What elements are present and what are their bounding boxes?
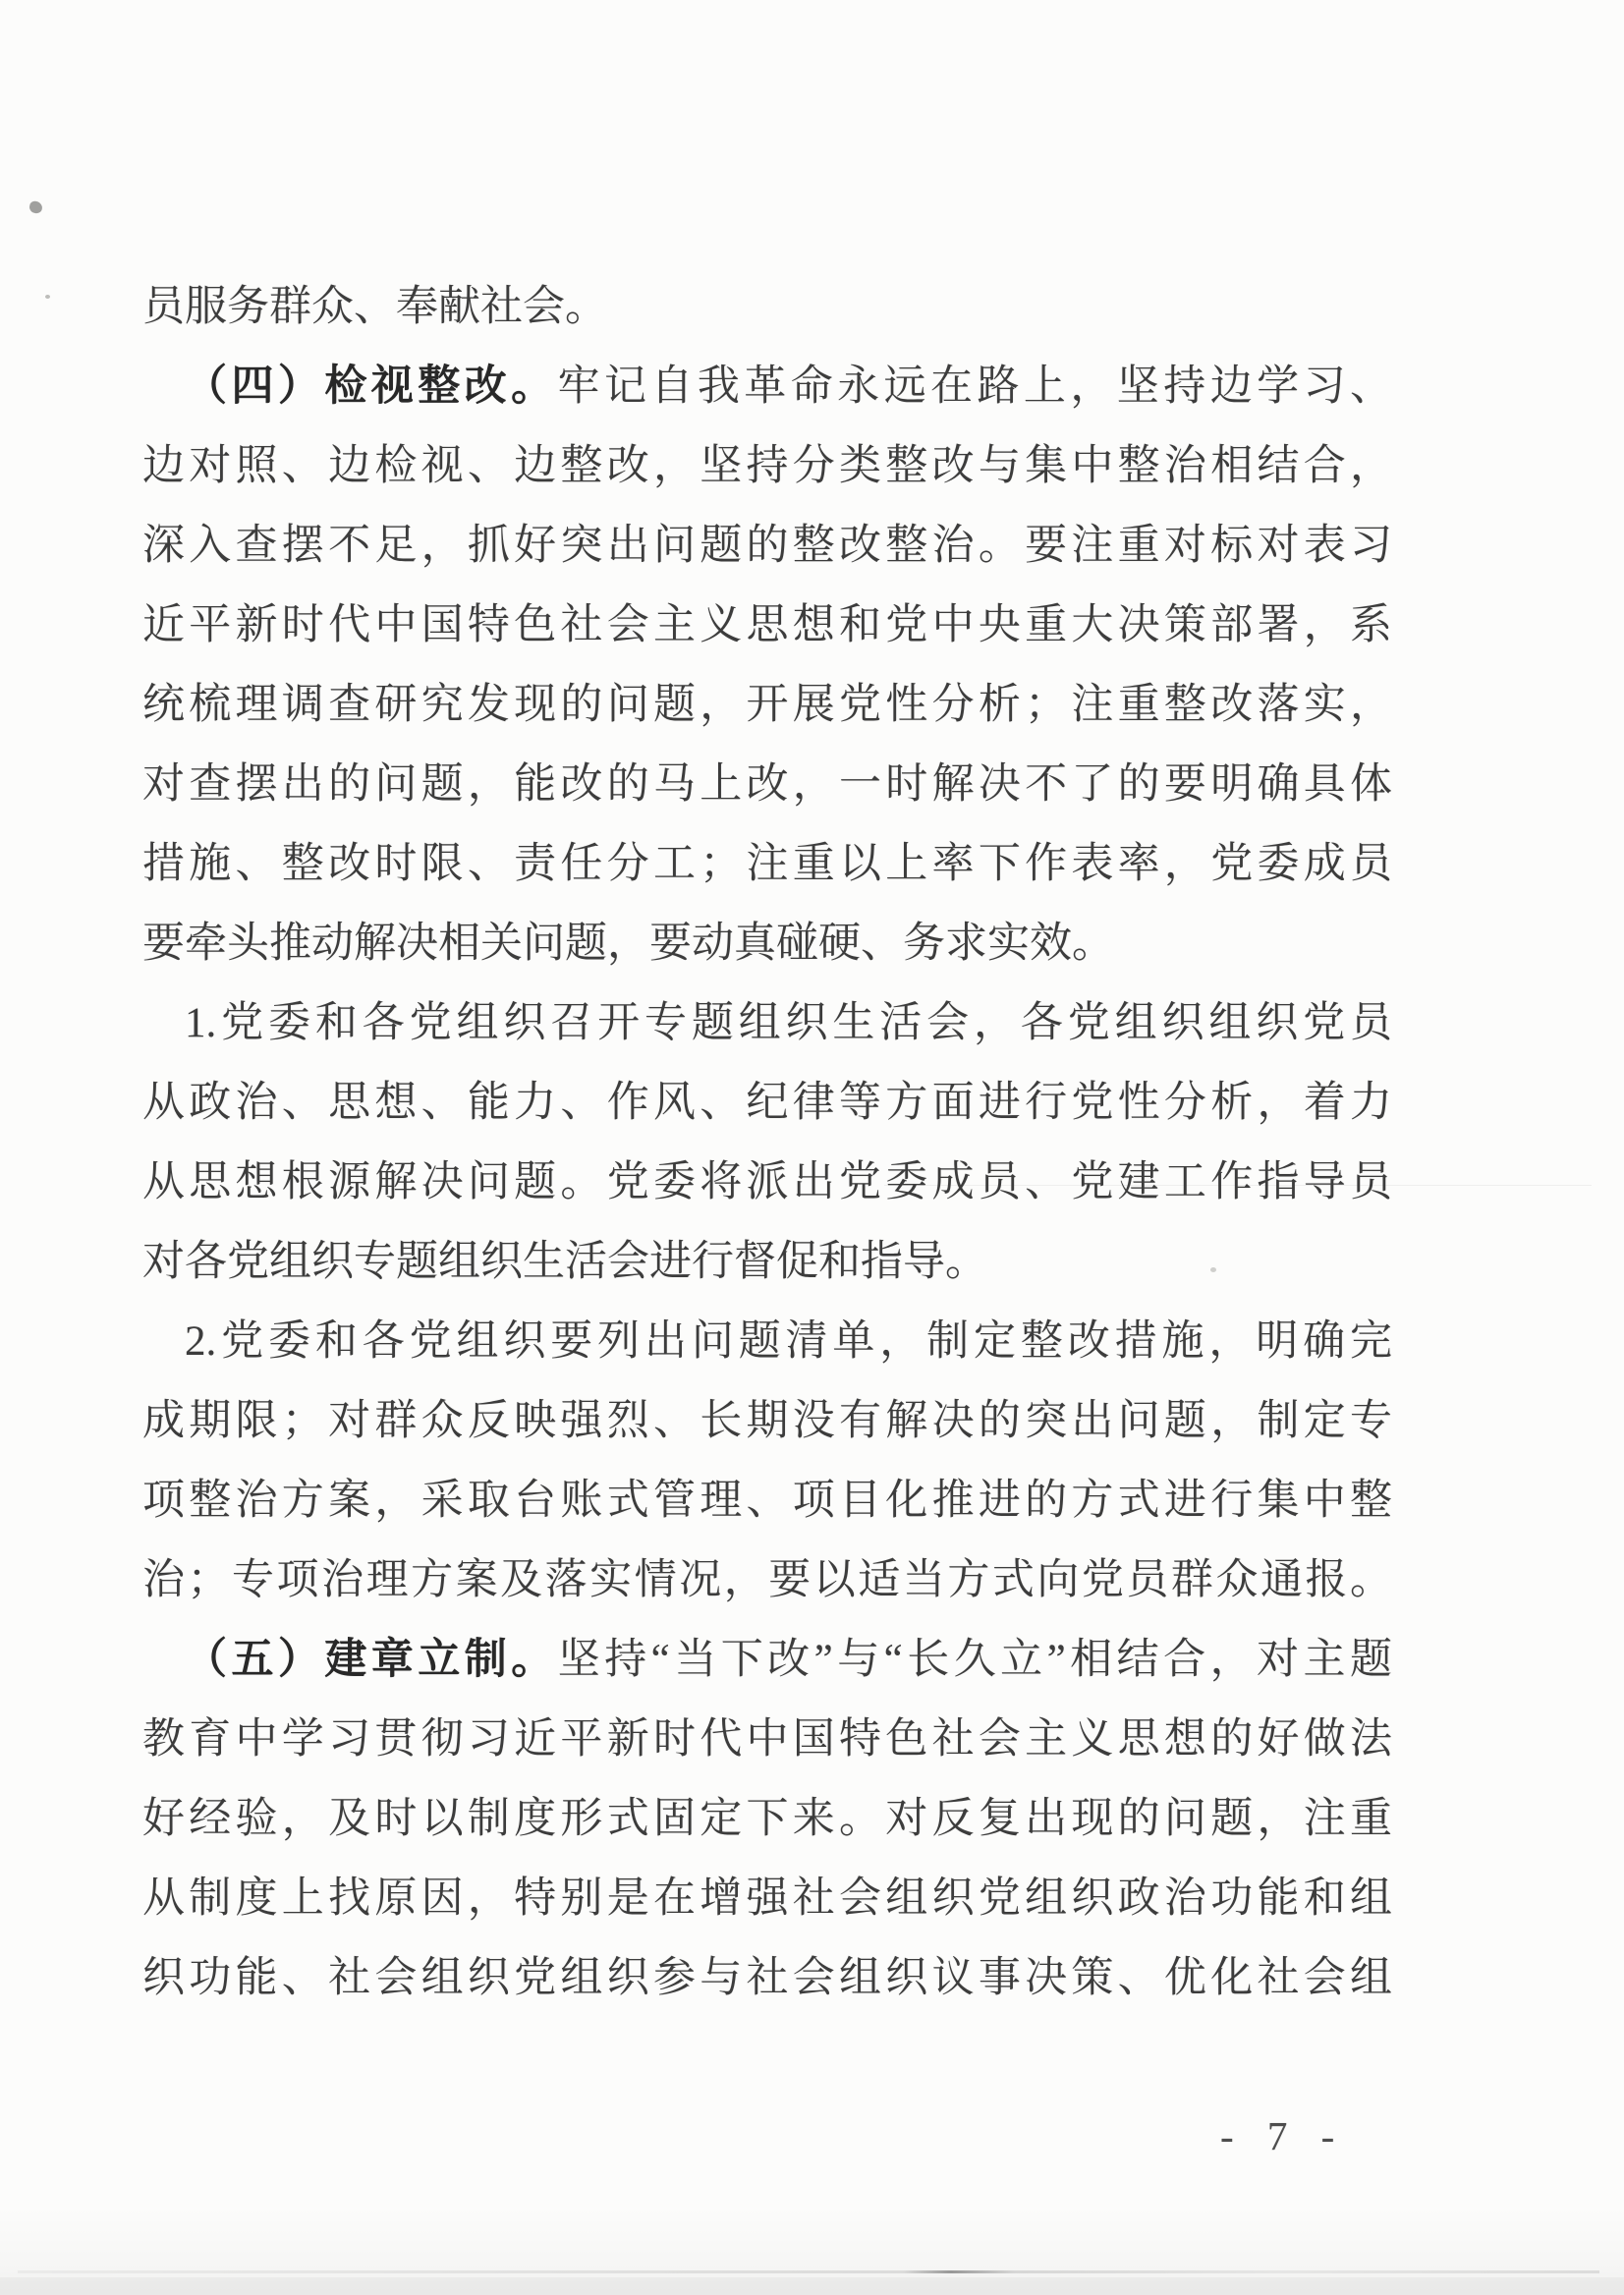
scanned-page: 员服务群众、奉献社会。（四）检视整改。牢记自我革命永远在路上，坚持边学习、边对照… — [0, 0, 1624, 2295]
heading-run: （五）建章立制。 — [185, 1637, 558, 1683]
text-run: 对各党组织专题组织生活会进行督促和指导。 — [142, 1239, 987, 1285]
text-run: 好经验，及时以制度形式固定下来。对反复出现的问题，注重 — [142, 1796, 1392, 1842]
text-run: 2.党委和各党组织要列出问题清单，制定整改措施，明确完 — [185, 1318, 1392, 1365]
page-number: - 7 - — [1220, 2112, 1346, 2159]
text-line: 近平新时代中国特色社会主义思想和党中央重大决策部署，系 — [142, 586, 1392, 665]
text-run: 对查摆出的问题，能改的马上改，一时解决不了的要明确具体 — [142, 761, 1392, 808]
text-line: 要牵头推动解决相关问题，要动真碰硬、务求实效。 — [142, 904, 1392, 983]
text-run: 措施、整改时限、责任分工；注重以上率下作表率，党委成员 — [142, 841, 1392, 887]
text-line: 项整治方案，采取台账式管理、项目化推进的方式进行集中整 — [142, 1461, 1392, 1540]
text-line: 员服务群众、奉献社会。 — [142, 267, 1392, 347]
text-line: 教育中学习贯彻习近平新时代中国特色社会主义思想的好做法 — [142, 1700, 1392, 1779]
text-line: 对查摆出的问题，能改的马上改，一时解决不了的要明确具体 — [142, 745, 1392, 824]
text-run: 教育中学习贯彻习近平新时代中国特色社会主义思想的好做法 — [142, 1716, 1392, 1763]
text-run: 项整治方案，采取台账式管理、项目化推进的方式进行集中整 — [142, 1478, 1392, 1524]
text-line: 对各党组织专题组织生活会进行督促和指导。 — [142, 1222, 1392, 1302]
text-run: 从制度上找原因，特别是在增强社会组织党组织政治功能和组 — [142, 1875, 1392, 1922]
text-line: 好经验，及时以制度形式固定下来。对反复出现的问题，注重 — [142, 1779, 1392, 1859]
text-run: 织功能、社会组织党组织参与社会组织议事决策、优化社会组 — [142, 1955, 1392, 2001]
scan-edge-strip — [0, 2277, 1624, 2295]
text-run: 成期限；对群众反映强烈、长期没有解决的突出问题，制定专 — [142, 1398, 1392, 1444]
text-run: 统梳理调查研究发现的问题，开展党性分析；注重整改落实， — [142, 682, 1392, 728]
text-run: 要牵头推动解决相关问题，要动真碰硬、务求实效。 — [142, 921, 1114, 967]
text-run: 1.党委和各党组织召开专题组织生活会，各党组织组织党员 — [185, 1000, 1392, 1046]
text-run: 边对照、边检视、边整改，坚持分类整改与集中整治相结合， — [142, 443, 1392, 489]
text-line: 统梳理调查研究发现的问题，开展党性分析；注重整改落实， — [142, 665, 1392, 745]
text-run: 治；专项治理方案及落实情况，要以适当方式向党员群众通报。 — [142, 1557, 1392, 1603]
text-line: 从思想根源解决问题。党委将派出党委成员、党建工作指导员 — [142, 1143, 1392, 1222]
text-run: 深入查摆不足，抓好突出问题的整改整治。要注重对标对表习 — [142, 523, 1392, 569]
text-line: 从政治、思想、能力、作风、纪律等方面进行党性分析，着力 — [142, 1063, 1392, 1143]
text-run: 员服务群众、奉献社会。 — [142, 284, 607, 330]
text-line: 深入查摆不足，抓好突出问题的整改整治。要注重对标对表习 — [142, 506, 1392, 586]
text-line: 成期限；对群众反映强烈、长期没有解决的突出问题，制定专 — [142, 1381, 1392, 1461]
text-run: 从思想根源解决问题。党委将派出党委成员、党建工作指导员 — [142, 1159, 1392, 1205]
text-line: 织功能、社会组织党组织参与社会组织议事决策、优化社会组 — [142, 1938, 1392, 2018]
text-line: 2.党委和各党组织要列出问题清单，制定整改措施，明确完 — [142, 1302, 1392, 1381]
text-line: 治；专项治理方案及落实情况，要以适当方式向党员群众通报。 — [142, 1540, 1392, 1620]
text-line: 1.党委和各党组织召开专题组织生活会，各党组织组织党员 — [142, 983, 1392, 1063]
scan-speck — [45, 295, 50, 299]
text-line: （五）建章立制。坚持“当下改”与“长久立”相结合，对主题 — [142, 1620, 1392, 1700]
text-run: 近平新时代中国特色社会主义思想和党中央重大决策部署，系 — [142, 602, 1392, 648]
document-body: 员服务群众、奉献社会。（四）检视整改。牢记自我革命永远在路上，坚持边学习、边对照… — [142, 267, 1392, 2018]
text-line: （四）检视整改。牢记自我革命永远在路上，坚持边学习、 — [142, 347, 1392, 426]
text-line: 边对照、边检视、边整改，坚持分类整改与集中整治相结合， — [142, 426, 1392, 506]
text-run: 从政治、思想、能力、作风、纪律等方面进行党性分析，着力 — [142, 1080, 1392, 1126]
scan-artifact-line — [18, 2270, 1599, 2273]
heading-run: （四）检视整改。 — [185, 364, 558, 410]
text-line: 措施、整改时限、责任分工；注重以上率下作表率，党委成员 — [142, 824, 1392, 904]
text-run: 坚持“当下改”与“长久立”相结合，对主题 — [558, 1637, 1392, 1683]
text-line: 从制度上找原因，特别是在增强社会组织党组织政治功能和组 — [142, 1859, 1392, 1938]
text-run: 牢记自我革命永远在路上，坚持边学习、 — [558, 364, 1392, 410]
scan-speck — [28, 200, 43, 214]
